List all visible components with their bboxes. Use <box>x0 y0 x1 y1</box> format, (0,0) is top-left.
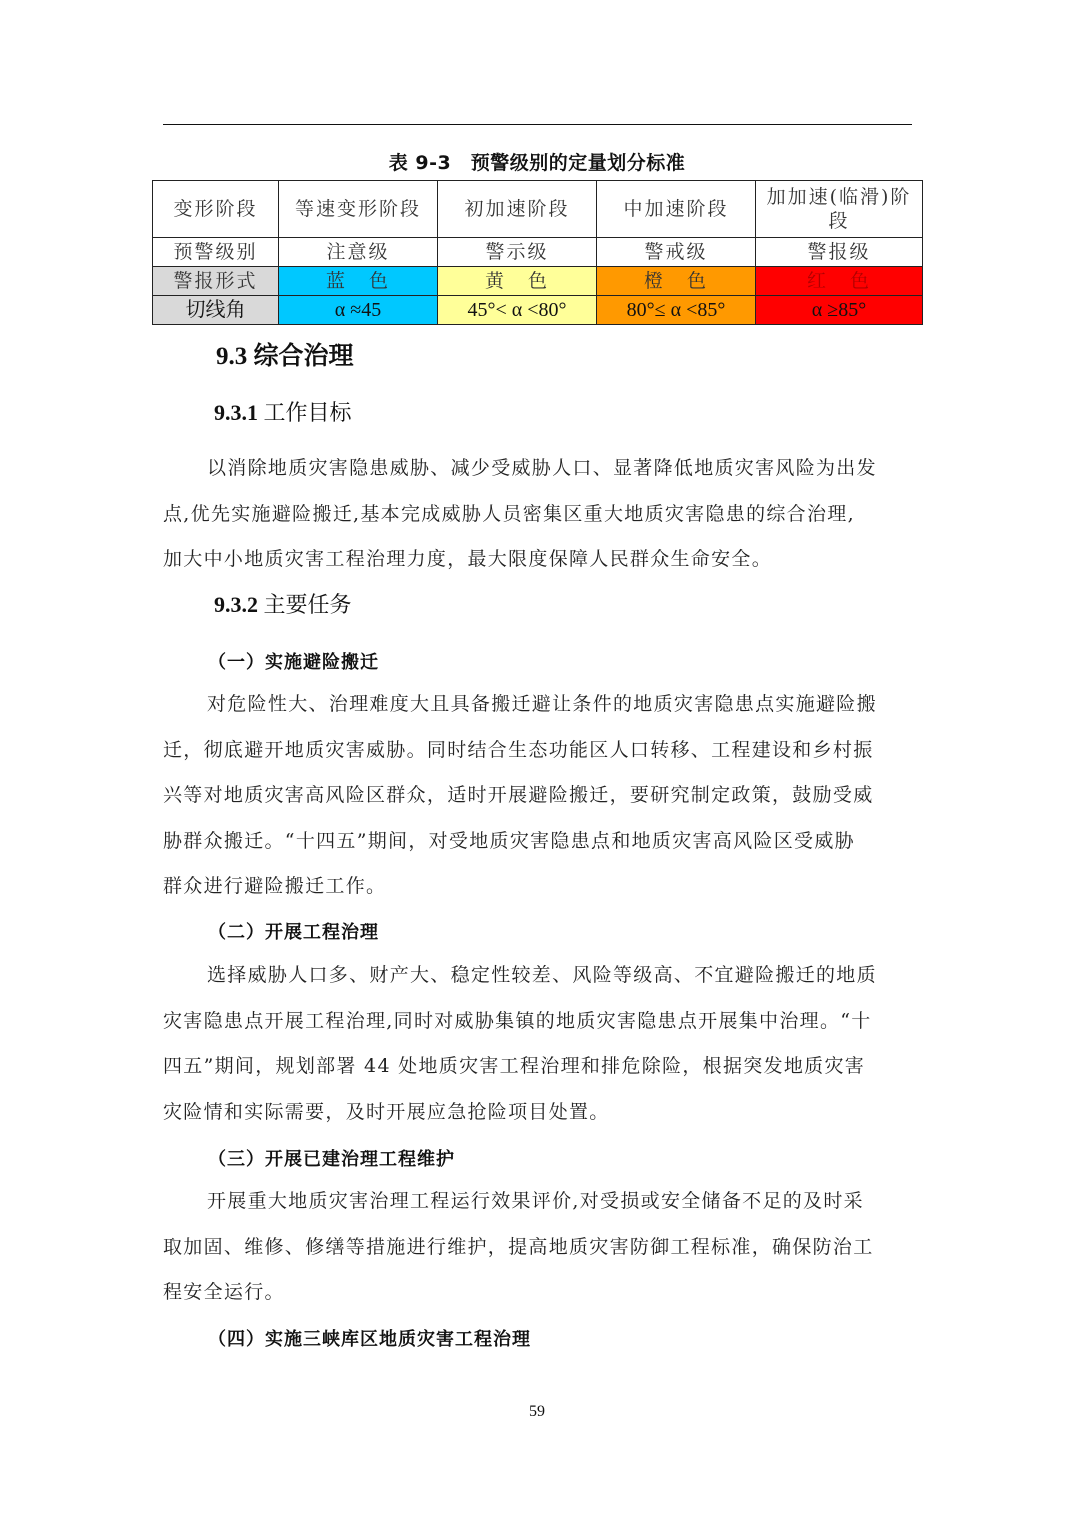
table-caption: 表 9-3 预警级别的定量划分标准 <box>152 148 922 175</box>
paragraph-task-2: 选择威胁人口多、财产大、稳定性较差、风险等级高、不宜避险搬迁的地质 灾害隐患点开… <box>163 953 913 1135</box>
alarm-color-suffix: 色 <box>687 269 708 293</box>
cell-angle-red: α ≥85° <box>756 296 923 325</box>
paragraph-line: 取加固、维修、修缮等措施进行维护，提高地质灾害防御工程标准，确保防治工 <box>163 1225 913 1271</box>
paragraph-task-3: 开展重大地质灾害治理工程运行效果评价,对受损或安全储备不足的及时采 取加固、维修… <box>163 1179 913 1316</box>
cell-stage-2: 初加速阶段 <box>438 181 597 238</box>
task-heading-1: （一）实施避险搬迁 <box>208 648 379 674</box>
paragraph-line: 点,优先实施避险搬迁,基本完成威胁人员密集区重大地质灾害隐患的综合治理, <box>163 492 913 538</box>
paragraph-line: 以消除地质灾害隐患威胁、减少受威胁人口、显著降低地质灾害风险为出发 <box>163 446 913 492</box>
paragraph-line: 对危险性大、治理难度大且具备搬迁避让条件的地质灾害隐患点实施避险搬 <box>163 682 913 728</box>
header-rule <box>163 124 912 125</box>
paragraph-line: 程安全运行。 <box>163 1270 913 1316</box>
table-row-tangent-angle: 切线角 α ≈45 45°< α <80° 80°≤ α <85° α ≥85° <box>153 296 923 325</box>
section-number: 9.3.2 <box>214 592 258 617</box>
cell-stage-3: 中加速阶段 <box>597 181 756 238</box>
paragraph-line: 四五”期间，规划部署 44 处地质灾害工程治理和排危除险，根据突发地质灾害 <box>163 1044 913 1090</box>
row-label-tangent-angle: 切线角 <box>153 296 279 325</box>
cell-alarm-orange: 橙色 <box>597 267 756 296</box>
row-label-level: 预警级别 <box>153 238 279 267</box>
paragraph-task-1: 对危险性大、治理难度大且具备搬迁避让条件的地质灾害隐患点实施避险搬 迁，彻底避开… <box>163 682 913 910</box>
section-heading-9-3: 9.3 综合治理 <box>216 336 354 372</box>
section-heading-9-3-1: 9.3.1 工作目标 <box>214 396 352 427</box>
row-label-stage: 变形阶段 <box>153 181 279 238</box>
task-heading-4: （四）实施三峡库区地质灾害工程治理 <box>208 1325 531 1351</box>
paragraph-work-goal: 以消除地质灾害隐患威胁、减少受威胁人口、显著降低地质灾害风险为出发 点,优先实施… <box>163 446 913 583</box>
cell-level-1: 注意级 <box>279 238 438 267</box>
paragraph-line: 兴等对地质灾害高风险区群众，适时开展避险搬迁，要研究制定政策，鼓励受威 <box>163 773 913 819</box>
paragraph-line: 开展重大地质灾害治理工程运行效果评价,对受损或安全储备不足的及时采 <box>163 1179 913 1225</box>
section-title: 工作目标 <box>264 400 352 425</box>
row-label-alarm-form: 警报形式 <box>153 267 279 296</box>
task-heading-2: （二）开展工程治理 <box>208 918 379 944</box>
alarm-color-suffix: 色 <box>369 269 390 293</box>
section-number: 9.3.1 <box>214 400 258 425</box>
cell-level-4: 警报级 <box>756 238 923 267</box>
cell-stage-1: 等速变形阶段 <box>279 181 438 238</box>
cell-alarm-yellow: 黄色 <box>438 267 597 296</box>
alarm-color-char: 橙 <box>644 269 665 293</box>
section-heading-9-3-2: 9.3.2 主要任务 <box>214 588 352 619</box>
cell-stage-4: 加加速(临滑)阶段 <box>756 181 923 238</box>
paragraph-line: 群众进行避险搬迁工作。 <box>163 864 913 910</box>
paragraph-line: 选择威胁人口多、财产大、稳定性较差、风险等级高、不宜避险搬迁的地质 <box>163 953 913 999</box>
page-number: 59 <box>0 1403 1074 1421</box>
table-row-alarm-form: 警报形式 蓝色 黄色 橙色 红色 <box>153 267 923 296</box>
task-heading-3: （三）开展已建治理工程维护 <box>208 1145 455 1171</box>
alarm-color-suffix: 色 <box>850 269 871 293</box>
cell-level-2: 警示级 <box>438 238 597 267</box>
cell-level-3: 警戒级 <box>597 238 756 267</box>
warning-level-table: 变形阶段 等速变形阶段 初加速阶段 中加速阶段 加加速(临滑)阶段 预警级别 注… <box>152 180 923 325</box>
alarm-color-char: 黄 <box>485 269 506 293</box>
cell-angle-blue: α ≈45 <box>279 296 438 325</box>
alarm-color-suffix: 色 <box>528 269 549 293</box>
section-title: 主要任务 <box>264 592 352 617</box>
paragraph-line: 迁，彻底避开地质灾害威胁。同时结合生态功能区人口转移、工程建设和乡村振 <box>163 728 913 774</box>
paragraph-line: 灾险情和实际需要，及时开展应急抢险项目处置。 <box>163 1090 913 1136</box>
alarm-color-char: 蓝 <box>326 269 347 293</box>
cell-angle-yellow: 45°< α <80° <box>438 296 597 325</box>
paragraph-line: 胁群众搬迁。“十四五”期间，对受地质灾害隐患点和地质灾害高风险区受威胁 <box>163 819 913 865</box>
alarm-color-char: 红 <box>807 269 828 293</box>
table-row-level: 预警级别 注意级 警示级 警戒级 警报级 <box>153 238 923 267</box>
cell-alarm-red: 红色 <box>756 267 923 296</box>
paragraph-line: 灾害隐患点开展工程治理,同时对威胁集镇的地质灾害隐患点开展集中治理。“十 <box>163 999 913 1045</box>
paragraph-line: 加大中小地质灾害工程治理力度，最大限度保障人民群众生命安全。 <box>163 537 913 583</box>
table-row-stage: 变形阶段 等速变形阶段 初加速阶段 中加速阶段 加加速(临滑)阶段 <box>153 181 923 238</box>
cell-angle-orange: 80°≤ α <85° <box>597 296 756 325</box>
cell-alarm-blue: 蓝色 <box>279 267 438 296</box>
